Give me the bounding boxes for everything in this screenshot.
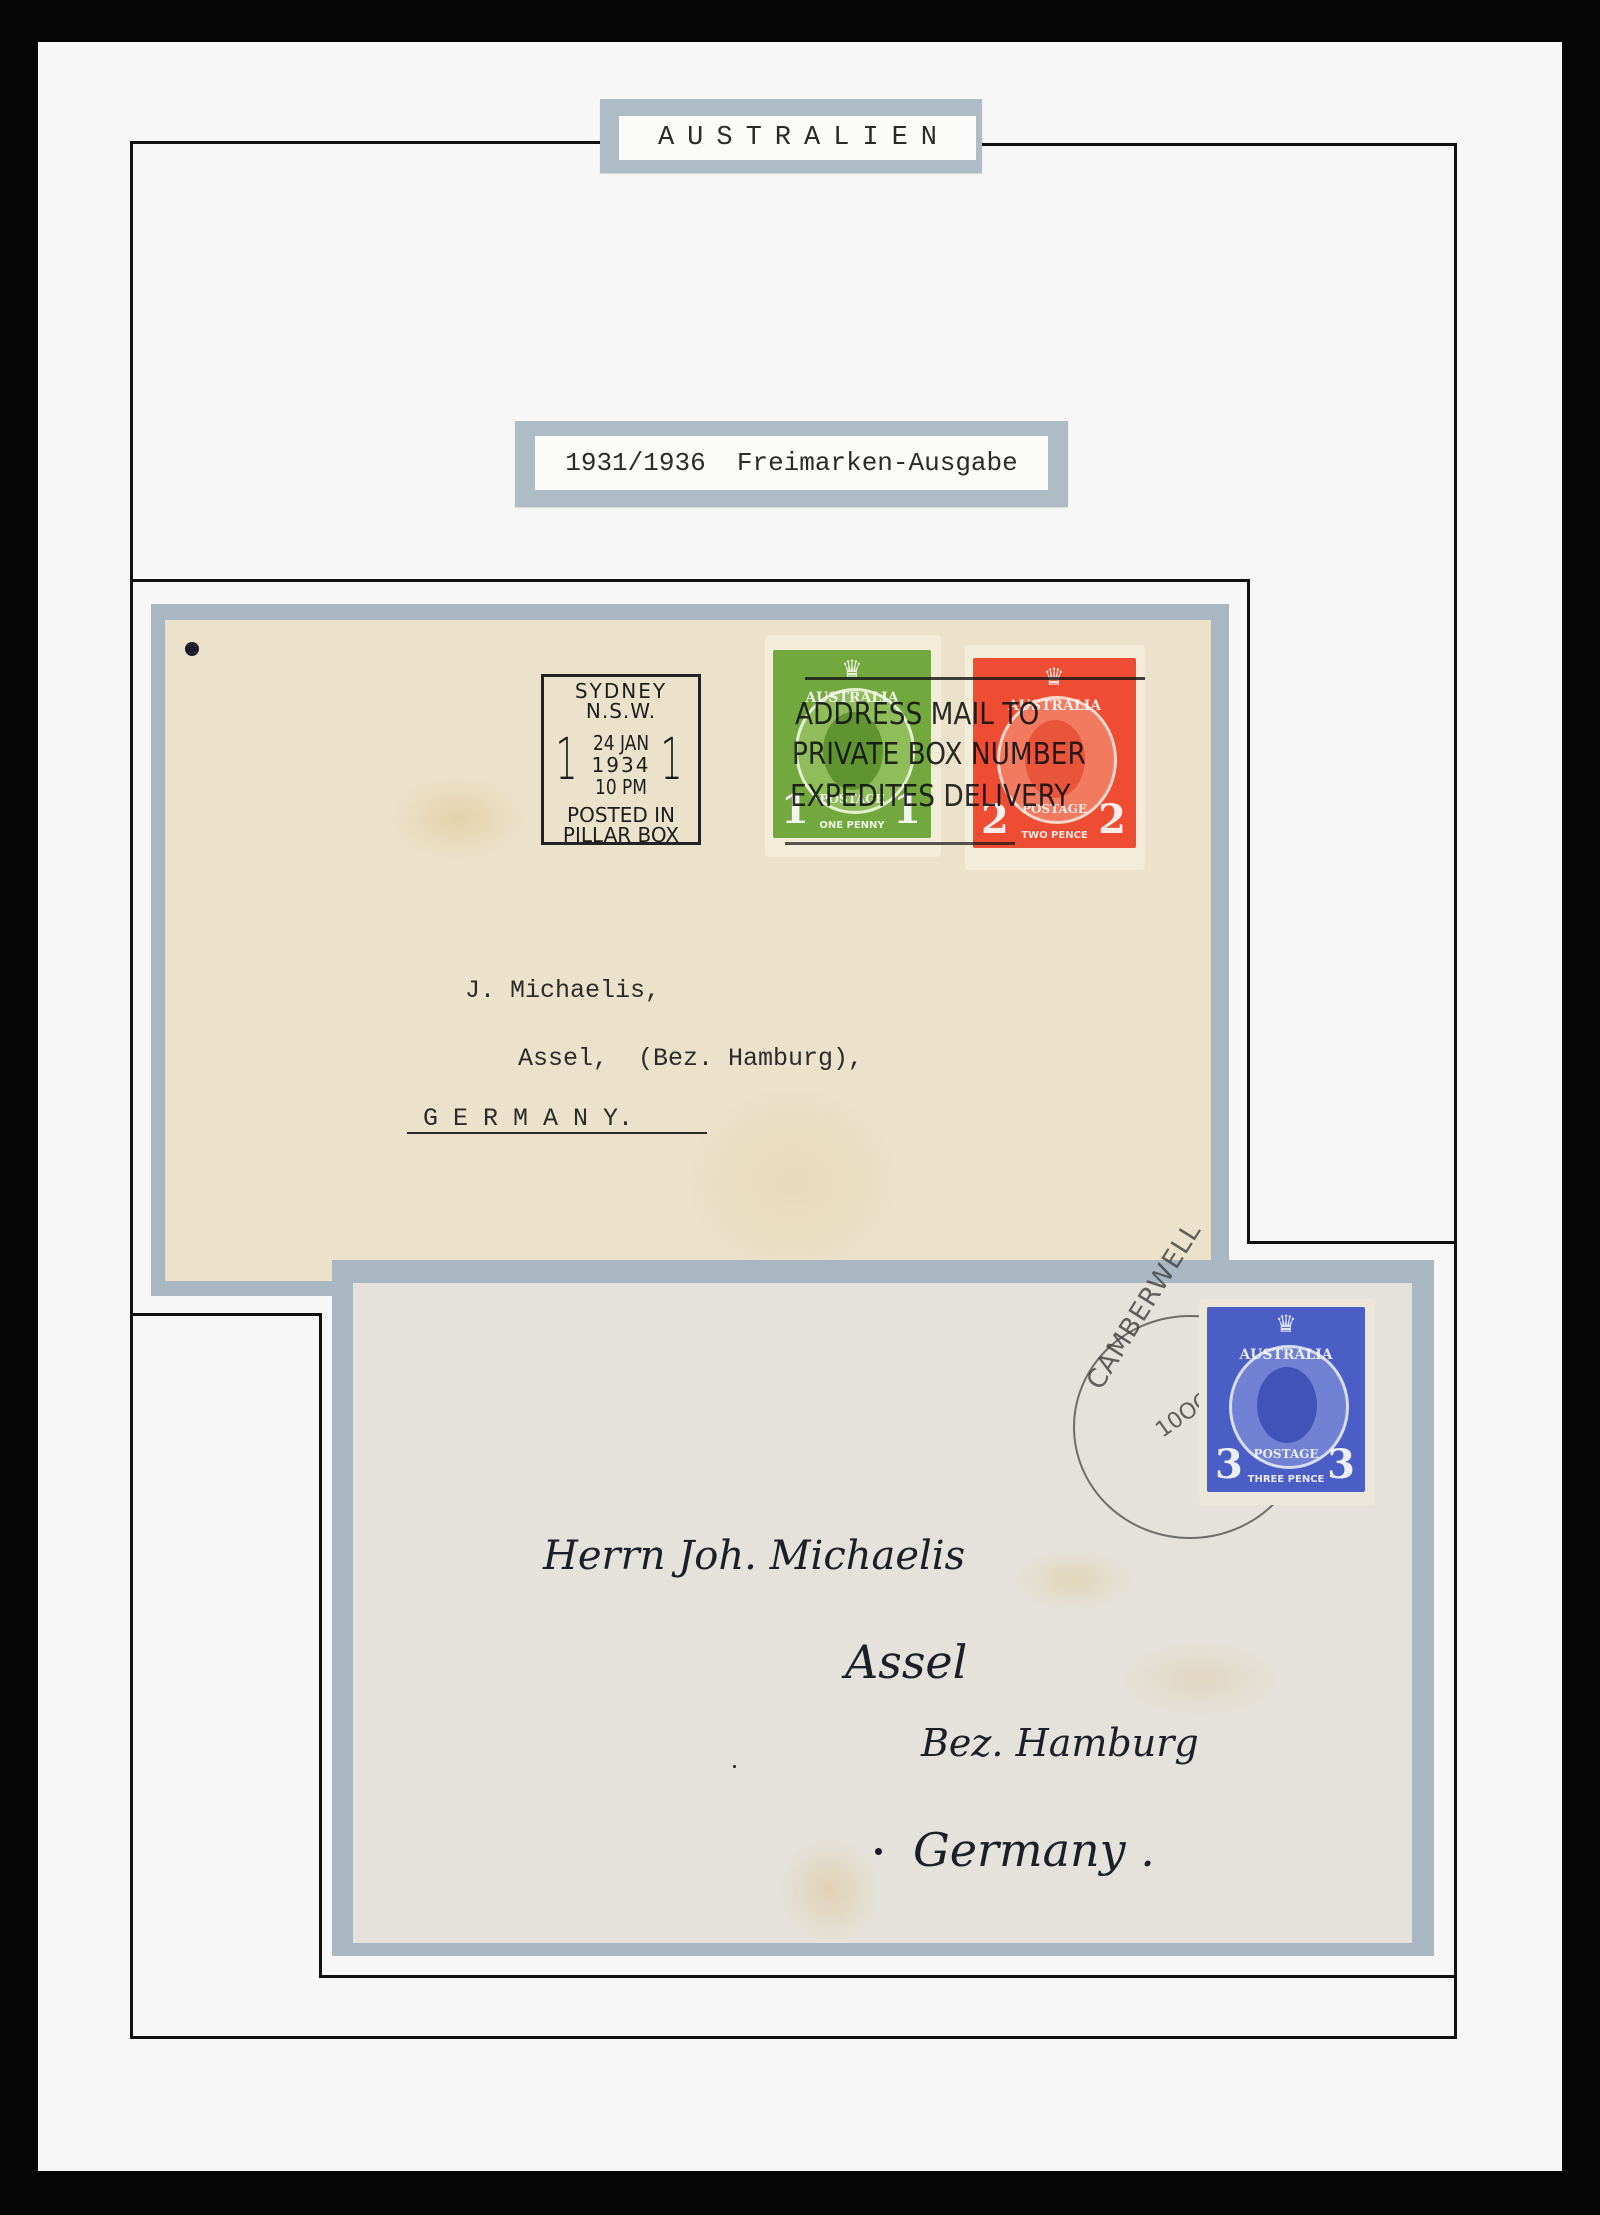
postmark-number-left: 1 xyxy=(555,725,577,793)
slogan-cancel-line-2: PRIVATE BOX NUMBER xyxy=(792,738,1086,771)
cover-2: CAMBERWELL 10OC AUSTRALIA POSTAGE 3 3 TH… xyxy=(353,1283,1412,1943)
stamp-denomination: ONE PENNY xyxy=(773,820,931,831)
slogan-rule-bottom xyxy=(785,842,1015,845)
ink-dot xyxy=(733,1765,736,1768)
outer-border-right xyxy=(1454,143,1457,2039)
postmark-footer-2: PILLAR BOX xyxy=(544,825,698,846)
inner-frame-lower-left xyxy=(319,1313,322,1978)
address-line-3: Bez. Hamburg xyxy=(921,1721,1199,1765)
inner-frame-right xyxy=(1247,579,1250,1244)
address-line-1: J. Michaelis, xyxy=(465,976,660,1005)
punch-hole xyxy=(185,642,199,656)
section-title: 1931/1936 Freimarken-Ausgabe xyxy=(535,436,1048,490)
stamp-3d: AUSTRALIA POSTAGE 3 3 THREE PENCE ♛ xyxy=(1207,1307,1365,1492)
address-line-1: Herrn Joh. Michaelis xyxy=(543,1533,965,1579)
stamp-denomination: THREE PENCE xyxy=(1207,1474,1365,1485)
inner-frame-step xyxy=(1247,1241,1457,1244)
king-portrait xyxy=(1257,1367,1317,1443)
address-line-2: Assel, (Bez. Hamburg), xyxy=(518,1044,863,1073)
page-title: AUSTRALIEN xyxy=(619,116,976,160)
outer-border-top xyxy=(131,141,600,144)
ink-dot xyxy=(875,1848,882,1855)
stamp-denomination: TWO PENCE xyxy=(973,830,1136,841)
stamp-country: AUSTRALIA xyxy=(1207,1347,1365,1363)
postmark-number-right: 1 xyxy=(660,725,682,793)
address-line-2: Assel xyxy=(845,1635,967,1689)
inner-frame-top xyxy=(131,579,1250,582)
slogan-rule-top xyxy=(805,677,1145,680)
slogan-cancel-line-1: ADDRESS MAIL TO xyxy=(795,698,1039,731)
inner-frame-lower-top xyxy=(131,1313,322,1316)
crown-icon: ♛ xyxy=(1269,1311,1303,1337)
outer-border-top-right xyxy=(981,143,1457,146)
outer-border-left xyxy=(130,141,133,2039)
inner-frame-bottom xyxy=(319,1975,1457,1978)
slogan-cancel-line-3: EXPEDITES DELIVERY xyxy=(790,780,1070,813)
address-underline xyxy=(407,1132,707,1134)
address-line-4: Germany . xyxy=(913,1823,1155,1877)
outer-border-bottom xyxy=(130,2036,1457,2039)
address-line-3: G E R M A N Y. xyxy=(423,1104,633,1133)
postmark-state: N.S.W. xyxy=(544,701,698,722)
cover-1: SYDNEY N.S.W. 24 JAN 1934 10 PM POSTED I… xyxy=(165,620,1211,1281)
sydney-postmark: SYDNEY N.S.W. 24 JAN 1934 10 PM POSTED I… xyxy=(541,674,701,845)
